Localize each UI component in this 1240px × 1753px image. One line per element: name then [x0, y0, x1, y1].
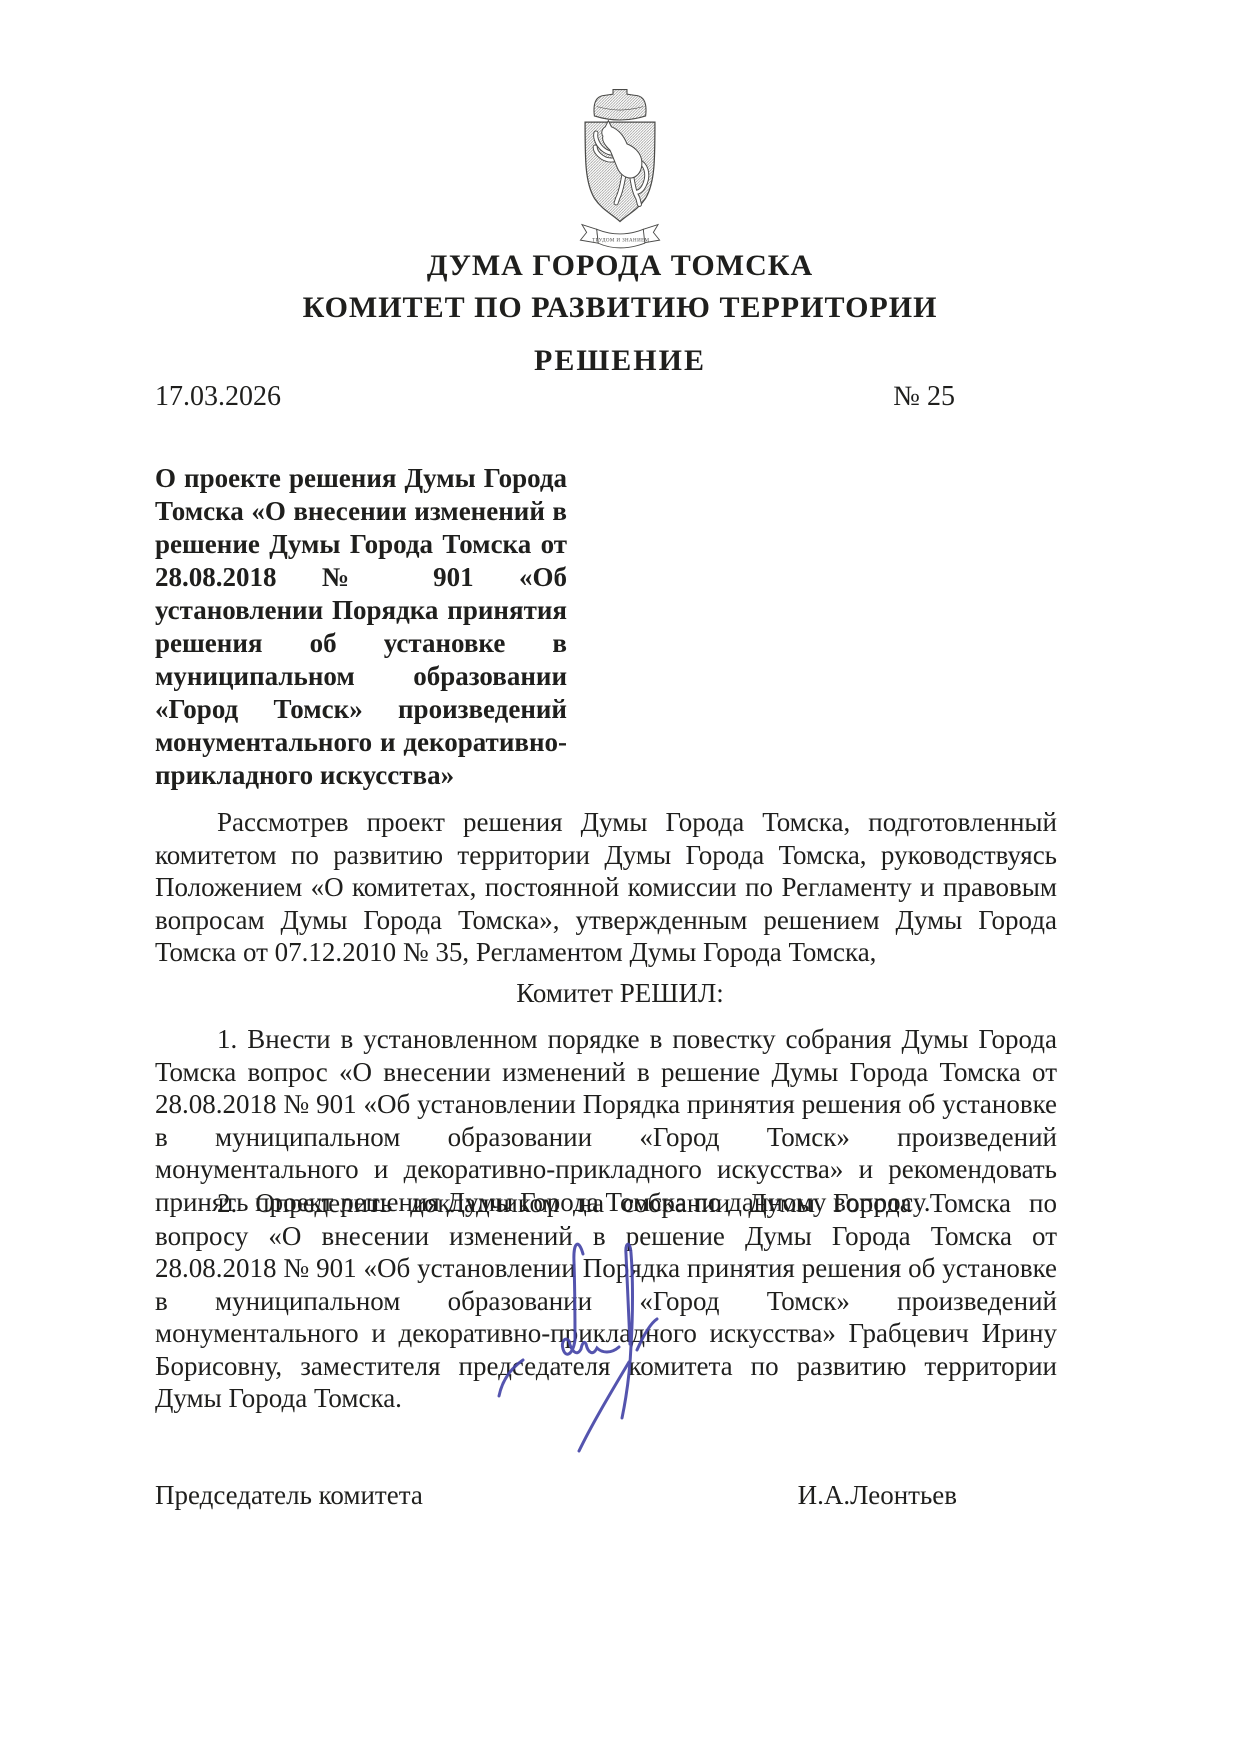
date-number-row: 17.03.2026 № 25	[155, 381, 955, 413]
document-number: № 25	[893, 381, 955, 413]
document-type-title: РЕШЕНИЕ	[0, 344, 1240, 378]
preamble-paragraph: Рассмотрев проект решения Думы Города То…	[155, 806, 1057, 969]
organization-name-line2: КОМИТЕТ ПО РАЗВИТИЮ ТЕРРИТОРИИ	[0, 291, 1240, 325]
handwritten-signature	[478, 1232, 718, 1487]
signature-ink-icon	[478, 1232, 718, 1482]
signer-name: И.А.Леонтьев	[798, 1480, 957, 1511]
signer-position-label: Председатель комитета	[155, 1480, 423, 1511]
tomsk-coat-of-arms-icon: ТРУДОМ И ЗНАНИЕМ	[554, 88, 686, 256]
resolution-heading: Комитет РЕШИЛ:	[0, 978, 1240, 1009]
document-subject: О проекте решения Думы Города Томска «О …	[155, 462, 567, 792]
shield-icon	[585, 121, 655, 222]
document-page: ТРУДОМ И ЗНАНИЕМ ДУМА ГОРОДА ТОМСКА КОМИ…	[0, 0, 1240, 1753]
document-date: 17.03.2026	[155, 381, 281, 413]
motto-ribbon-icon: ТРУДОМ И ЗНАНИЕМ	[580, 225, 659, 248]
emblem-motto-text: ТРУДОМ И ЗНАНИЕМ	[592, 238, 649, 244]
coat-of-arms-svg: ТРУДОМ И ЗНАНИЕМ	[554, 88, 686, 251]
crown-icon	[594, 90, 646, 120]
organization-name-line1: ДУМА ГОРОДА ТОМСКА	[0, 249, 1240, 283]
signature-row: Председатель комитета И.А.Леонтьев	[155, 1480, 957, 1511]
